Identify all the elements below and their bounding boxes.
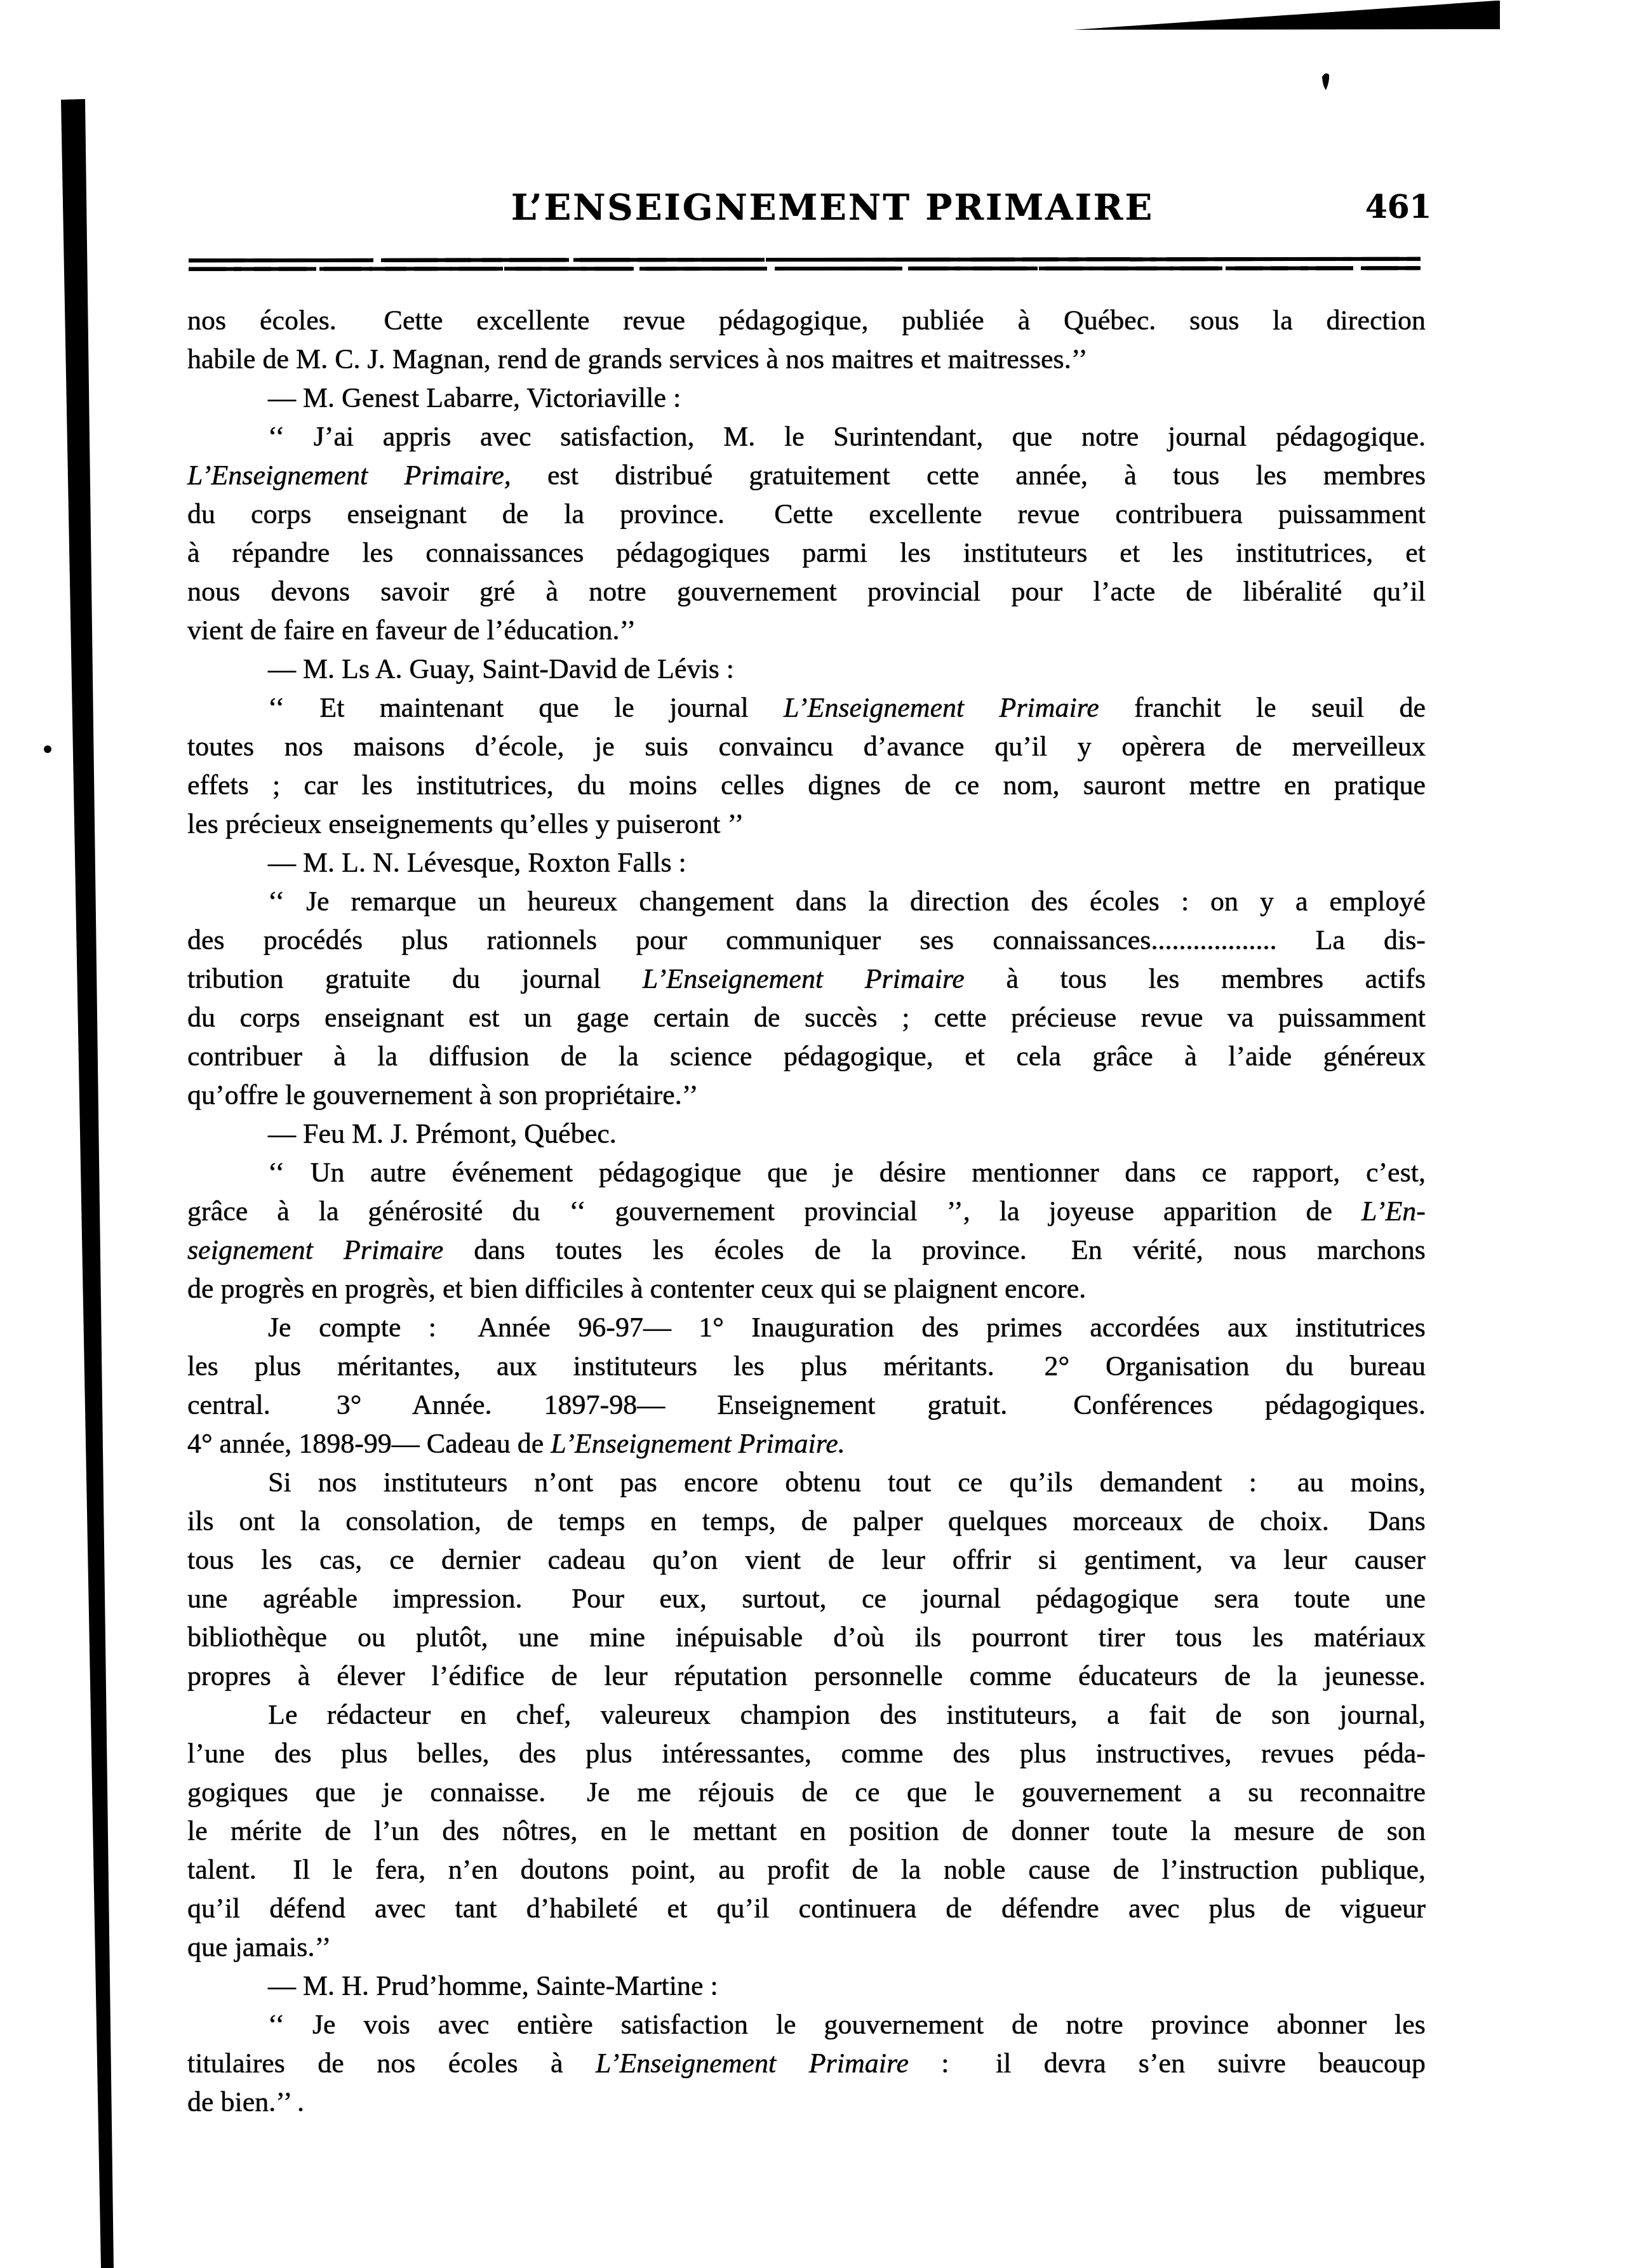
text-run: à tous les membres actifs [965,963,1426,994]
text-run: effets ; car les institutrices, du moins… [187,770,1426,801]
page-number: 461 [1365,188,1431,225]
rule-line-top [189,257,1421,262]
text-line: titulaires de nos écoles à L’Enseignemen… [187,2044,1426,2083]
text-run: bibliothèque ou plutôt, une mine inépuis… [187,1622,1426,1653]
text-line: gogiques que je connaisse. Je me réjouis… [187,1773,1426,1811]
text-line: ‘‘ Un autre événement pédagogique que je… [187,1153,1426,1192]
text-line: — Feu M. J. Prémont, Québec. [187,1114,1426,1153]
journal-title-italic: seignement Primaire [187,1234,443,1265]
text-line: L’Enseignement Primaire, est distribué g… [187,456,1426,495]
text-run: Le rédacteur en chef, valeureux champion… [268,1699,1426,1730]
text-run: à répandre les connaissances pédagogique… [187,537,1426,568]
text-line: une agréable impression. Pour eux, surto… [187,1579,1426,1618]
text-run: ‘‘ Je vois avec entière satisfaction le … [268,2009,1426,2040]
text-line: seignement Primaire dans toutes les écol… [187,1231,1426,1269]
text-line: les précieux enseignements qu’elles y pu… [187,804,1426,843]
text-line: grâce à la générosité du ‘‘ gouvernement… [187,1192,1426,1231]
text-line: toutes nos maisons d’école, je suis conv… [187,727,1426,766]
text-line: effets ; car les institutrices, du moins… [187,766,1426,804]
text-run: central. 3° Année. 1897-98— Enseignement… [187,1389,1426,1420]
header-double-rule [189,257,1421,272]
scanned-document-page: L’ENSEIGNEMENT PRIMAIRE 461 nos écoles. … [0,0,1632,2268]
text-line: des procédés plus rationnels pour commun… [187,921,1426,959]
text-line: ‘‘ Et maintenant que le journal L’Enseig… [187,688,1426,727]
text-line: — M. H. Prud’homme, Sainte-Martine : [187,1966,1426,2005]
text-run: : il devra s’en suivre beaucoup [909,2048,1426,2079]
text-line: nos écoles. Cette excellente revue pédag… [187,301,1426,340]
text-run: toutes nos maisons d’école, je suis conv… [187,731,1426,762]
text-line: à répandre les connaissances pédagogique… [187,533,1426,572]
text-line: 4° année, 1898-99— Cadeau de L’Enseignem… [187,1424,1426,1463]
text-line: — M. L. N. Lévesque, Roxton Falls : [187,843,1426,882]
text-line: bibliothèque ou plutôt, une mine inépuis… [187,1618,1426,1657]
text-run: est distribué gratuitement cette année, … [511,460,1426,491]
journal-title-italic: L’En- [1361,1196,1426,1227]
text-run: des procédés plus rationnels pour commun… [187,924,1426,956]
left-edge-bar-artifact [61,99,114,2268]
text-line: Je compte : Année 96-97— 1° Inauguration… [187,1308,1426,1347]
text-run: ‘‘ J’ai appris avec satisfaction, M. le … [268,421,1426,452]
text-line: contribuer à la diffusion de la science … [187,1037,1426,1076]
text-line: — M. Genest Labarre, Victoriaville : [187,378,1426,417]
text-run: vient de faire en faveur de l’éducation.… [187,615,636,646]
text-run: Si nos instituteurs n’ont pas encore obt… [268,1467,1426,1498]
stray-comma-mark-artifact [1322,74,1329,90]
text-run: dans toutes les écoles de la province. E… [443,1234,1426,1265]
text-line: vient de faire en faveur de l’éducation.… [187,611,1426,650]
journal-title-italic: L’Enseignement Primaire. [551,1428,845,1459]
text-run: les précieux enseignements qu’elles y pu… [187,808,744,839]
text-run: ‘‘ Je remarque un heureux changement dan… [268,886,1426,917]
body-text: nos écoles. Cette excellente revue pédag… [187,301,1426,2121]
text-run: du corps enseignant de la province. Cett… [187,498,1426,530]
text-run: qu’offre le gouvernement à son propriéta… [187,1079,699,1111]
text-run: franchit le seuil de [1099,692,1426,723]
text-run: tribution gratuite du journal [187,963,643,994]
text-line: ‘‘ Je remarque un heureux changement dan… [187,882,1426,921]
text-line: ‘‘ J’ai appris avec satisfaction, M. le … [187,417,1426,456]
text-run: habile de M. C. J. Magnan, rend de grand… [187,344,1088,375]
text-run: propres à élever l’édifice de leur réput… [187,1660,1426,1691]
text-run: l’une des plus belles, des plus intéress… [187,1738,1426,1769]
text-run: le mérite de l’un des nôtres, en le mett… [187,1815,1426,1846]
text-run: nous devons savoir gré à notre gouvernem… [187,576,1426,607]
text-run: titulaires de nos écoles à [187,2048,596,2079]
text-run: grâce à la générosité du ‘‘ gouvernement… [187,1196,1361,1227]
text-line: propres à élever l’édifice de leur réput… [187,1657,1426,1695]
text-run: de bien.’’ . [187,2086,304,2118]
text-line: qu’offre le gouvernement à son propriéta… [187,1076,1426,1114]
text-run: ‘‘ Un autre événement pédagogique que je… [268,1157,1426,1188]
text-line: le mérite de l’un des nôtres, en le mett… [187,1811,1426,1850]
text-line: — M. Ls A. Guay, Saint-David de Lévis : [187,650,1426,688]
text-run: de progrès en progrès, et bien difficile… [187,1273,1086,1304]
text-run: — M. H. Prud’homme, Sainte-Martine : [268,1970,718,2001]
text-run: — M. Genest Labarre, Victoriaville : [268,382,681,413]
text-line: du corps enseignant de la province. Cett… [187,495,1426,533]
text-run: contribuer à la diffusion de la science … [187,1041,1426,1072]
text-run: — M. Ls A. Guay, Saint-David de Lévis : [268,653,734,684]
text-line: du corps enseignant est un gage certain … [187,998,1426,1037]
text-line: Le rédacteur en chef, valeureux champion… [187,1695,1426,1734]
text-run: du corps enseignant est un gage certain … [187,1002,1426,1033]
text-run: ils ont la consolation, de temps en temp… [187,1505,1426,1537]
journal-title-italic: L’Enseignement Primaire, [187,460,511,491]
text-line: nous devons savoir gré à notre gouvernem… [187,572,1426,611]
journal-title-italic: L’Enseignement Primaire [643,963,965,994]
page-header-title: L’ENSEIGNEMENT PRIMAIRE [511,187,1154,229]
text-run: tous les cas, ce dernier cadeau qu’on vi… [187,1544,1426,1575]
text-line: de bien.’’ . [187,2083,1426,2121]
text-run: une agréable impression. Pour eux, surto… [187,1583,1426,1614]
text-run: ‘‘ Et maintenant que le journal [268,692,784,723]
text-run: — Feu M. J. Prémont, Québec. [268,1118,617,1149]
text-line: Si nos instituteurs n’ont pas encore obt… [187,1463,1426,1502]
text-run: Je compte : Année 96-97— 1° Inauguration… [268,1312,1426,1343]
text-run: 4° année, 1898-99— Cadeau de [187,1428,551,1459]
text-line: central. 3° Année. 1897-98— Enseignement… [187,1385,1426,1424]
text-line: que jamais.’’ [187,1928,1426,1966]
text-run: qu’il défend avec tant d’habileté et qu’… [187,1893,1426,1924]
text-line: tribution gratuite du journal L’Enseigne… [187,959,1426,998]
journal-title-italic: L’Enseignement Primaire [784,692,1099,723]
text-line: de progrès en progrès, et bien difficile… [187,1269,1426,1308]
text-line: les plus méritantes, aux instituteurs le… [187,1347,1426,1385]
text-run: — M. L. N. Lévesque, Roxton Falls : [268,847,686,878]
text-line: tous les cas, ce dernier cadeau qu’on vi… [187,1540,1426,1579]
text-run: nos écoles. Cette excellente revue pédag… [187,305,1426,336]
text-line: ils ont la consolation, de temps en temp… [187,1502,1426,1540]
left-margin-dot-artifact [44,745,51,753]
journal-title-italic: L’Enseignement Primaire [596,2048,909,2079]
text-run: gogiques que je connaisse. Je me réjouis… [187,1777,1426,1808]
rule-line-bottom [189,266,1421,270]
text-line: l’une des plus belles, des plus intéress… [187,1734,1426,1773]
text-run: les plus méritantes, aux instituteurs le… [187,1351,1426,1382]
text-line: ‘‘ Je vois avec entière satisfaction le … [187,2005,1426,2044]
text-run: que jamais.’’ [187,1931,331,1963]
text-line: qu’il défend avec tant d’habileté et qu’… [187,1889,1426,1928]
top-right-wedge-artifact [1073,1,1500,30]
text-run: talent. Il le fera, n’en doutons point, … [187,1854,1426,1885]
text-line: habile de M. C. J. Magnan, rend de grand… [187,340,1426,378]
text-line: talent. Il le fera, n’en doutons point, … [187,1850,1426,1889]
